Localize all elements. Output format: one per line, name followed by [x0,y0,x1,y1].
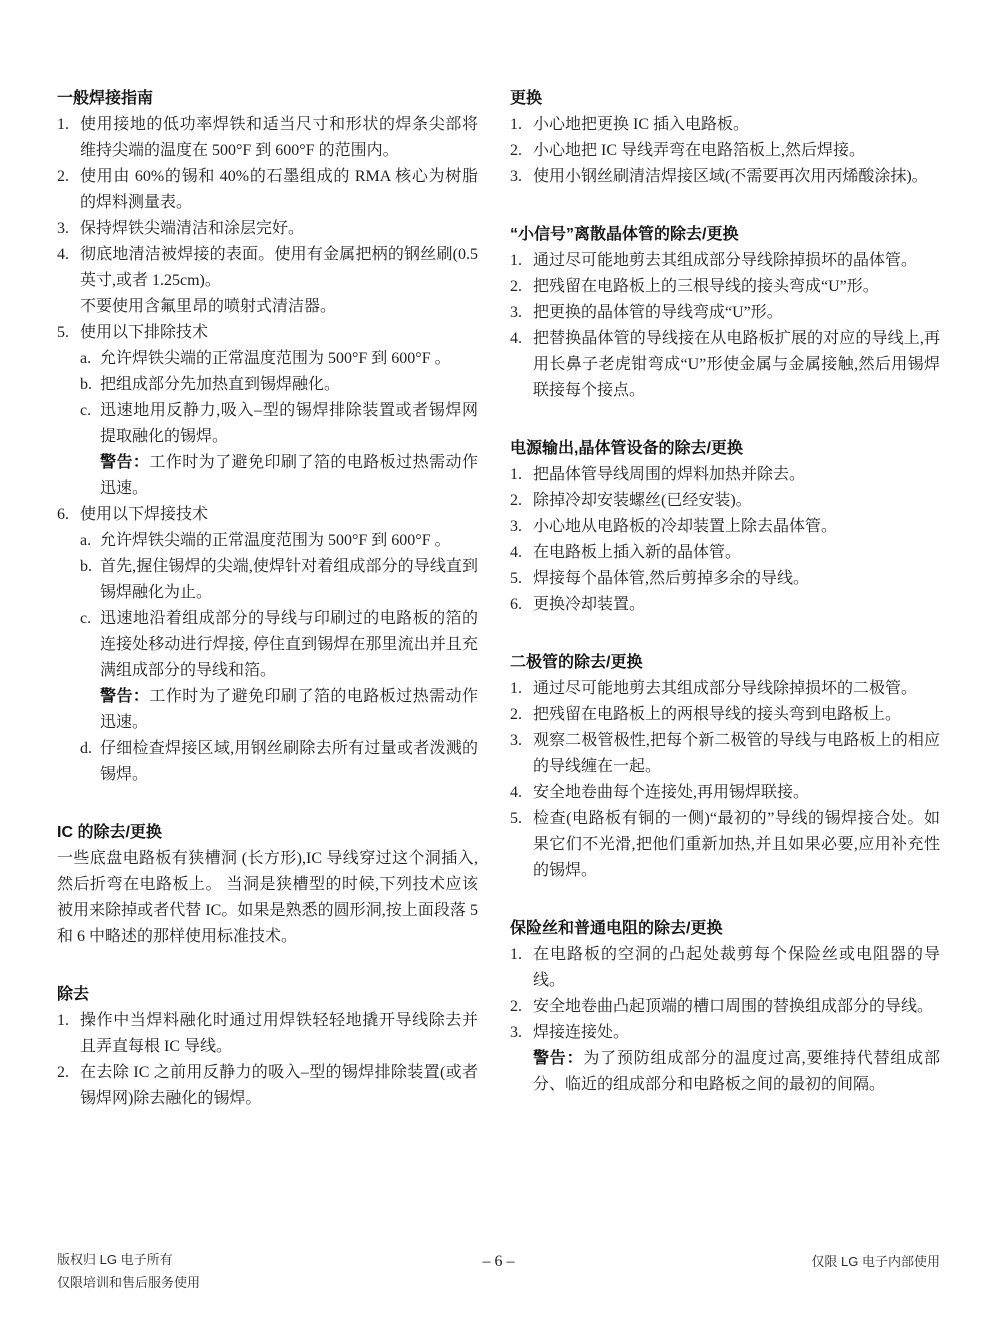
section-title: 保险丝和普通电阻的除去/更换 [510,916,940,942]
document-section: IC 的除去/更换一些底盘电路板有狭槽洞 (长方形),IC 导线穿过这个洞插入,… [57,820,478,950]
list-item: 2.把残留在电路板上的三根导线的接头弯成“U”形。 [510,274,940,300]
document-section: 除去1.操作中当焊料融化时通过用焊铁轻轻地撬开导线除去并且弄直每根 IC 导线。… [57,982,478,1112]
list-marker: 1. [57,1008,69,1034]
list-item-text: 小心地把更换 IC 插入电路板。 [533,116,749,133]
list-item-text: 把替换晶体管的导线接在从电路板扩展的对应的导线上,再用长鼻子老虎钳弯成“U”形使… [533,330,940,399]
warning-note: 警告：工作时为了避免印刷了箔的电路板过热需动作迅速。 [100,684,478,736]
list-item: 6.更换冷却装置。 [510,592,940,618]
list-item-text: 使用接地的低功率焊铁和适当尺寸和形状的焊条尖部将维持尖端的温度在 500°F 到… [80,116,478,159]
list-item-text: 把更换的晶体管的导线弯成“U”形。 [533,304,783,321]
page-number: – 6 – [483,1248,515,1273]
list-marker: 2. [57,1060,69,1086]
list-marker: 3. [510,1020,522,1046]
list-item: 2.小心地把 IC 导线弄弯在电路箔板上,然后焊接。 [510,138,940,164]
list-item-text: 在电路板的空洞的凸起处裁剪每个保险丝或电阻器的导线。 [533,946,940,989]
list-item-text: 把残留在电路板上的两根导线的接头弯到电路板上。 [533,706,901,723]
list-marker: 1. [510,676,522,702]
document-section: 更换1.小心地把更换 IC 插入电路板。2.小心地把 IC 导线弄弯在电路箔板上… [510,86,940,190]
list-item-text: 首先,握住锡焊的尖端,使焊针对着组成部分的导线直到锡焊融化为止。 [100,558,478,601]
list-item: 2.安全地卷曲凸起顶端的槽口周围的替换组成部分的导线。 [510,994,940,1020]
list-item: a.允许焊铁尖端的正常温度范围为 500°F 到 600°F 。 [80,346,478,372]
copyright-block: 版权归 LG 电子所有 仅限培训和售后服务使用 [57,1248,483,1294]
list-marker: 3. [510,514,522,540]
list-item: 1.使用接地的低功率焊铁和适当尺寸和形状的焊条尖部将维持尖端的温度在 500°F… [57,112,478,164]
list-marker: 2. [510,274,522,300]
list-item-text: 通过尽可能地剪去其组成部分导线除掉损坏的二极管。 [533,680,917,697]
list-marker: 3. [57,216,69,242]
list-marker: 4. [57,242,69,268]
section-title: IC 的除去/更换 [57,820,478,846]
list-marker: c. [80,606,91,632]
list-item: 4.把替换晶体管的导线接在从电路板扩展的对应的导线上,再用长鼻子老虎钳弯成“U”… [510,326,940,404]
list-marker: 1. [57,112,69,138]
list-item: 5.检查(电路板有铜的一侧)“最初的”导线的锡焊接合处。如果它们不光滑,把他们重… [510,806,940,884]
list-item-text: 使用小钢丝刷清洁焊接区域(不需要再次用丙烯酸涂抹)。 [533,168,928,185]
list-marker: d. [80,736,92,762]
list-item: 1.通过尽可能地剪去其组成部分导线除掉损坏的晶体管。 [510,248,940,274]
section-title: 一般焊接指南 [57,86,478,112]
list-item: 4.在电路板上插入新的晶体管。 [510,540,940,566]
list-marker: b. [80,554,92,580]
list-item-text: 保持焊铁尖端清洁和涂层完好。 [80,220,304,237]
list-item-text: 使用以下排除技术 [80,324,208,341]
list-item-text: 允许焊铁尖端的正常温度范围为 500°F 到 600°F 。 [100,350,451,367]
copyright-line-1: 版权归 LG 电子所有 [57,1248,483,1271]
list-marker: 6. [57,502,69,528]
list-item-text: 更换冷却装置。 [533,596,645,613]
list-item-text: 使用由 60%的锡和 40%的石墨组成的 RMA 核心为树脂的焊料测量表。 [80,168,478,211]
list-marker: 1. [510,248,522,274]
list-item: d.仔细检查焊接区域,用钢丝刷除去所有过量或者泼溅的锡焊。 [80,736,478,788]
list-marker: b. [80,372,92,398]
list-marker: 5. [510,806,522,832]
list-item-text: 在电路板上插入新的晶体管。 [533,544,741,561]
internal-use-label: 仅限 LG 电子内部使用 [515,1248,941,1273]
list-item-text: 除掉冷却安装螺丝(已经安装)。 [533,492,752,509]
list-item-text: 安全地卷曲每个连接处,再用锡焊联接。 [533,784,809,801]
list-item: 1.通过尽可能地剪去其组成部分导线除掉损坏的二极管。 [510,676,940,702]
section-title: 除去 [57,982,478,1008]
list-item: 1.操作中当焊料融化时通过用焊铁轻轻地撬开导线除去并且弄直每根 IC 导线。 [57,1008,478,1060]
list-marker: 3. [510,728,522,754]
list-item: 3.焊接连接处。警告：为了预防组成部分的温度过高,要维持代替组成部分、临近的组成… [510,1020,940,1098]
list-item: 6.使用以下焊接技术a.允许焊铁尖端的正常温度范围为 500°F 到 600°F… [57,502,478,788]
list-item: 2.使用由 60%的锡和 40%的石墨组成的 RMA 核心为树脂的焊料测量表。 [57,164,478,216]
list-marker: 3. [510,164,522,190]
copyright-line-2: 仅限培训和售后服务使用 [57,1271,483,1294]
list-item: a.允许焊铁尖端的正常温度范围为 500°F 到 600°F 。 [80,528,478,554]
document-section: “小信号”离散晶体管的除去/更换1.通过尽可能地剪去其组成部分导线除掉损坏的晶体… [510,222,940,404]
list-marker: 1. [510,112,522,138]
list-item: 2.在去除 IC 之前用反静力的吸入–型的锡焊排除装置(或者锡焊网)除去融化的锡… [57,1060,478,1112]
list-marker: 2. [510,702,522,728]
section-title: 二极管的除去/更换 [510,650,940,676]
list-marker: 2. [57,164,69,190]
list-item-text: 焊接每个晶体管,然后剪掉多余的导线。 [533,570,809,587]
left-column: 一般焊接指南1.使用接地的低功率焊铁和适当尺寸和形状的焊条尖部将维持尖端的温度在… [57,86,478,1112]
list-marker: 2. [510,138,522,164]
list-item: c.迅速地沿着组成部分的导线与印刷过的电路板的箔的连接处移动进行焊接, 停住直到… [80,606,478,736]
document-columns: 一般焊接指南1.使用接地的低功率焊铁和适当尺寸和形状的焊条尖部将维持尖端的温度在… [57,86,940,1112]
list-item: 3.把更换的晶体管的导线弯成“U”形。 [510,300,940,326]
list-item-text: 使用以下焊接技术 [80,506,208,523]
list-item: 2.把残留在电路板上的两根导线的接头弯到电路板上。 [510,702,940,728]
list-marker: 4. [510,540,522,566]
list-item-text: 小心地把 IC 导线弄弯在电路箔板上,然后焊接。 [533,142,865,159]
page-footer: 版权归 LG 电子所有 仅限培训和售后服务使用 – 6 – 仅限 LG 电子内部… [57,1248,940,1294]
warning-label: 警告： [100,688,149,705]
list-item: 3.保持焊铁尖端清洁和涂层完好。 [57,216,478,242]
list-item-text: 彻底地清洁被焊接的表面。使用有金属把柄的钢丝刷(0.5 英寸,或者 1.25cm… [80,246,478,289]
document-section: 二极管的除去/更换1.通过尽可能地剪去其组成部分导线除掉损坏的二极管。2.把残留… [510,650,940,884]
list-item: c.迅速地用反静力,吸入–型的锡焊排除装置或者锡焊网提取融化的锡焊。警告：工作时… [80,398,478,502]
list-item: 3.使用小钢丝刷清洁焊接区域(不需要再次用丙烯酸涂抹)。 [510,164,940,190]
list-marker: 3. [510,300,522,326]
section-title: 电源输出,晶体管设备的除去/更换 [510,436,940,462]
paragraph: 不要使用含氟里昂的喷射式清洁器。 [80,294,478,320]
list-item-text: 允许焊铁尖端的正常温度范围为 500°F 到 600°F 。 [100,532,451,549]
list-item-text: 迅速地用反静力,吸入–型的锡焊排除装置或者锡焊网提取融化的锡焊。 [100,402,478,445]
section-title: 更换 [510,86,940,112]
list-item: b.首先,握住锡焊的尖端,使焊针对着组成部分的导线直到锡焊融化为止。 [80,554,478,606]
list-item: 5.使用以下排除技术a.允许焊铁尖端的正常温度范围为 500°F 到 600°F… [57,320,478,502]
list-item: 3.观察二极管极性,把每个新二极管的导线与电路板上的相应的导线缠在一起。 [510,728,940,780]
document-section: 电源输出,晶体管设备的除去/更换1.把晶体管导线周围的焊料加热并除去。2.除掉冷… [510,436,940,618]
list-marker: 6. [510,592,522,618]
list-item: 1.在电路板的空洞的凸起处裁剪每个保险丝或电阻器的导线。 [510,942,940,994]
list-item-text: 把残留在电路板上的三根导线的接头弯成“U”形。 [533,278,879,295]
list-marker: 5. [510,566,522,592]
list-item-text: 操作中当焊料融化时通过用焊铁轻轻地撬开导线除去并且弄直每根 IC 导线。 [80,1012,478,1055]
list-item: 3.小心地从电路板的冷却装置上除去晶体管。 [510,514,940,540]
section-title: “小信号”离散晶体管的除去/更换 [510,222,940,248]
list-item-text: 安全地卷曲凸起顶端的槽口周围的替换组成部分的导线。 [533,998,933,1015]
list-item-text: 焊接连接处。 [533,1024,629,1041]
list-marker: 1. [510,942,522,968]
list-marker: c. [80,398,91,424]
document-section: 保险丝和普通电阻的除去/更换1.在电路板的空洞的凸起处裁剪每个保险丝或电阻器的导… [510,916,940,1098]
list-item-text: 观察二极管极性,把每个新二极管的导线与电路板上的相应的导线缠在一起。 [533,732,940,775]
list-item: 4.彻底地清洁被焊接的表面。使用有金属把柄的钢丝刷(0.5 英寸,或者 1.25… [57,242,478,320]
list-item-text: 仔细检查焊接区域,用钢丝刷除去所有过量或者泼溅的锡焊。 [100,740,478,783]
list-item-text: 把组成部分先加热直到锡焊融化。 [100,376,340,393]
list-item-text: 迅速地沿着组成部分的导线与印刷过的电路板的箔的连接处移动进行焊接, 停住直到锡焊… [100,610,478,679]
list-item-text: 小心地从电路板的冷却装置上除去晶体管。 [533,518,837,535]
list-marker: a. [80,346,91,372]
list-item: 1.把晶体管导线周围的焊料加热并除去。 [510,462,940,488]
list-item: 1.小心地把更换 IC 插入电路板。 [510,112,940,138]
warning-note: 警告：为了预防组成部分的温度过高,要维持代替组成部分、临近的组成部分和电路板之间… [533,1046,940,1098]
list-item-text: 检查(电路板有铜的一侧)“最初的”导线的锡焊接合处。如果它们不光滑,把他们重新加… [533,810,940,879]
list-marker: 2. [510,488,522,514]
warning-label: 警告： [100,454,149,471]
list-item: 2.除掉冷却安装螺丝(已经安装)。 [510,488,940,514]
paragraph: 一些底盘电路板有狭槽洞 (长方形),IC 导线穿过这个洞插入,然后折弯在电路板上… [57,846,478,950]
document-section: 一般焊接指南1.使用接地的低功率焊铁和适当尺寸和形状的焊条尖部将维持尖端的温度在… [57,86,478,788]
list-marker: 4. [510,780,522,806]
warning-label: 警告： [533,1050,583,1067]
right-column: 更换1.小心地把更换 IC 插入电路板。2.小心地把 IC 导线弄弯在电路箔板上… [510,86,940,1112]
list-item: 5.焊接每个晶体管,然后剪掉多余的导线。 [510,566,940,592]
list-item-text: 把晶体管导线周围的焊料加热并除去。 [533,466,805,483]
list-marker: 5. [57,320,69,346]
list-item-text: 通过尽可能地剪去其组成部分导线除掉损坏的晶体管。 [533,252,917,269]
list-marker: 2. [510,994,522,1020]
list-item-text: 在去除 IC 之前用反静力的吸入–型的锡焊排除装置(或者锡焊网)除去融化的锡焊。 [80,1064,478,1107]
page: { "footer": { "left_line1": "版权归 LG 电子所有… [0,0,998,1328]
list-item: b.把组成部分先加热直到锡焊融化。 [80,372,478,398]
list-marker: 1. [510,462,522,488]
list-item: 4.安全地卷曲每个连接处,再用锡焊联接。 [510,780,940,806]
list-marker: 4. [510,326,522,352]
warning-note: 警告：工作时为了避免印刷了箔的电路板过热需动作迅速。 [100,450,478,502]
list-marker: a. [80,528,91,554]
